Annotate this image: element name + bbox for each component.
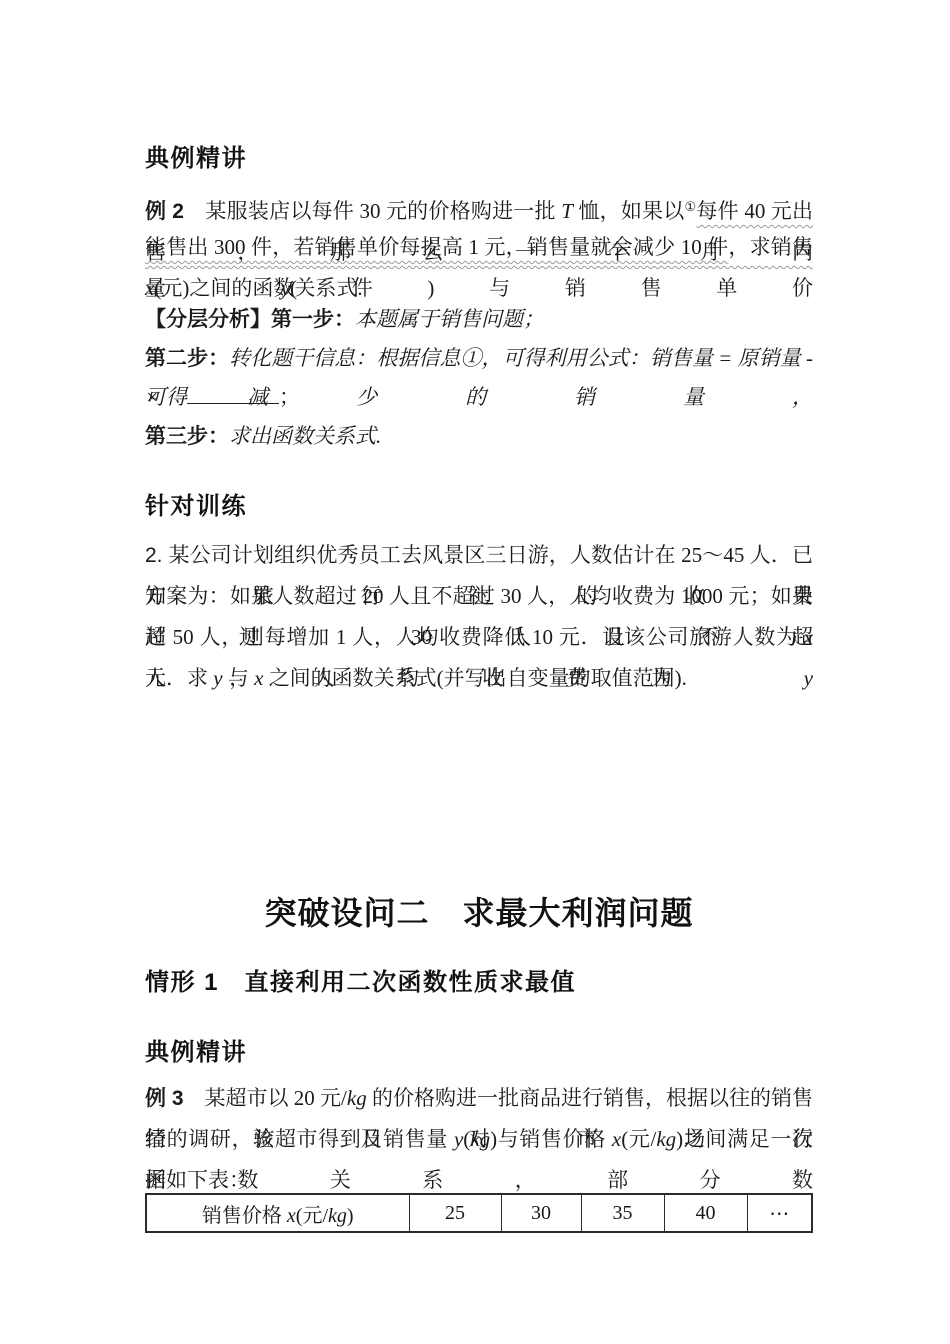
text-line: 【分层分析】第一步：本题属于销售问题；	[145, 300, 813, 339]
text-run: )	[347, 1205, 354, 1227]
text-run: kg	[347, 1086, 367, 1110]
text-run: 可得	[145, 385, 187, 409]
text-run: 某超市以 20 元/	[184, 1086, 347, 1110]
text-line: 例 2 某服装店以每件 30 元的价格购进一批 T 恤，如果以①每件 40 元出…	[145, 186, 813, 227]
text-run: x	[612, 1127, 621, 1151]
text-run: 第三步：	[145, 425, 229, 448]
text-run: kg	[470, 1127, 490, 1151]
paragraph-layered-analysis: 【分层分析】第一步：本题属于销售问题； 第二步：转化题干信息：根据信息①，可得利…	[145, 300, 813, 456]
paragraph-example3: 例 3 某超市以 20 元/kg 的价格购进一批商品进行销售，根据以往的销售经验…	[145, 1078, 813, 1201]
text-run: )与销售价格	[490, 1127, 612, 1151]
text-run: 例 2	[145, 200, 184, 223]
text-run: 求出函数关系式.	[229, 424, 381, 448]
text-run: y	[804, 666, 813, 690]
text-line: 情的调研，该超市得到日销售量 y(kg)与销售价格 x(元/kg)之间满足一次函…	[145, 1119, 813, 1160]
text-run: 某服装店以每件 30 元的价格购进一批	[184, 199, 561, 223]
text-run: 与	[223, 666, 255, 690]
table-cell-value: 35	[581, 1194, 664, 1232]
text-run: ①	[685, 199, 697, 214]
table-cell-price-label: 销售价格 x(元/kg)	[146, 1194, 409, 1232]
section-heading-typical-examples-2: 典例精讲	[145, 1032, 813, 1067]
text-run: y	[213, 666, 222, 690]
text-line: 过 50 人，则每增加 1 人，人均收费降低 10 元．设该公司旅游人数为 x …	[145, 617, 813, 658]
text-line: 2. 某公司计划组织优秀员工去风景区三日游，人数估计在 25～45 人．已知旅行…	[145, 535, 813, 576]
text-run: 2.	[145, 544, 168, 567]
text-run: 之间的函数关系式(并写出自变量的取值范围).	[263, 666, 687, 690]
text-run: 【分层分析】第一步：	[145, 308, 355, 331]
text-run: x	[254, 666, 263, 690]
text-run: 过 50 人，则每增加 1 人，人均收费降低 10 元．设该公司旅游人数为	[145, 625, 804, 649]
section-heading-typical-examples-1: 典例精讲	[145, 138, 813, 173]
data-table: 销售价格 x(元/kg) 25 30 35 40 ⋯	[145, 1193, 813, 1233]
text-run: 销售价格	[202, 1205, 287, 1227]
text-run: y	[454, 1127, 463, 1151]
text-run: x	[287, 1205, 296, 1227]
text-line: 第三步：求出函数关系式.	[145, 417, 813, 456]
table-cell-value: 30	[501, 1194, 581, 1232]
chapter-title-breakthrough-question-2: 突破设问二 求最大利润问题	[145, 888, 813, 934]
text-run: x	[145, 276, 154, 300]
text-run: kg	[656, 1127, 676, 1151]
text-run: 恤，如果以	[573, 199, 685, 223]
text-run: 情的调研，该超市得到日销售量	[145, 1127, 454, 1151]
text-run: x	[804, 625, 813, 649]
document-page: 典例精讲 例 2 某服装店以每件 30 元的价格购进一批 T 恤，如果以①每件 …	[0, 0, 950, 1344]
text-run: 本题属于销售问题；	[355, 307, 544, 331]
text-run: (件)与销售单价	[290, 276, 813, 300]
text-run: (元/	[296, 1205, 328, 1227]
text-run: 第二步：	[145, 347, 229, 370]
text-line: 方案为：如果人数超过 20 人且不超过 30 人，人均收费为 1000 元；如果…	[145, 576, 813, 617]
table-row: 销售价格 x(元/kg) 25 30 35 40 ⋯	[146, 1194, 812, 1232]
text-run: 据如下表：	[145, 1168, 250, 1192]
paragraph-problem2: 2. 某公司计划组织优秀员工去风景区三日游，人数估计在 25～45 人．已知旅行…	[145, 535, 813, 699]
text-run	[187, 382, 279, 404]
subsection-heading-case-1: 情形 1 直接利用二次函数性质求最值	[145, 962, 813, 997]
text-run: (元/	[621, 1127, 656, 1151]
table-cell-ellipsis: ⋯	[747, 1194, 812, 1232]
text-line: 第二步：转化题干信息：根据信息①，可得利用公式：销售量 = 原销量 - ×减少的…	[145, 339, 813, 378]
table-cell-value: 25	[409, 1194, 501, 1232]
text-run: 能售出 300 件，若销售单价每提高 1 元，销售量就会减少 10 件	[145, 235, 728, 259]
table-cell-value: 40	[664, 1194, 747, 1232]
paragraph-example2: 例 2 某服装店以每件 30 元的价格购进一批 T 恤，如果以①每件 40 元出…	[145, 186, 813, 309]
text-run: 例 3	[145, 1087, 184, 1110]
section-heading-targeted-training: 针对训练	[145, 486, 813, 521]
text-line: 能售出 300 件，若销售单价每提高 1 元，销售量就会减少 10 件，求销售量…	[145, 227, 813, 268]
text-line: 例 3 某超市以 20 元/kg 的价格购进一批商品进行销售，根据以往的销售经验…	[145, 1078, 813, 1119]
text-run: ；	[279, 385, 300, 409]
text-run: (元)之间的函数关系式.	[154, 276, 362, 300]
text-run: T	[561, 199, 573, 223]
text-run: kg	[328, 1205, 347, 1227]
text-run: 元．求	[145, 666, 213, 690]
